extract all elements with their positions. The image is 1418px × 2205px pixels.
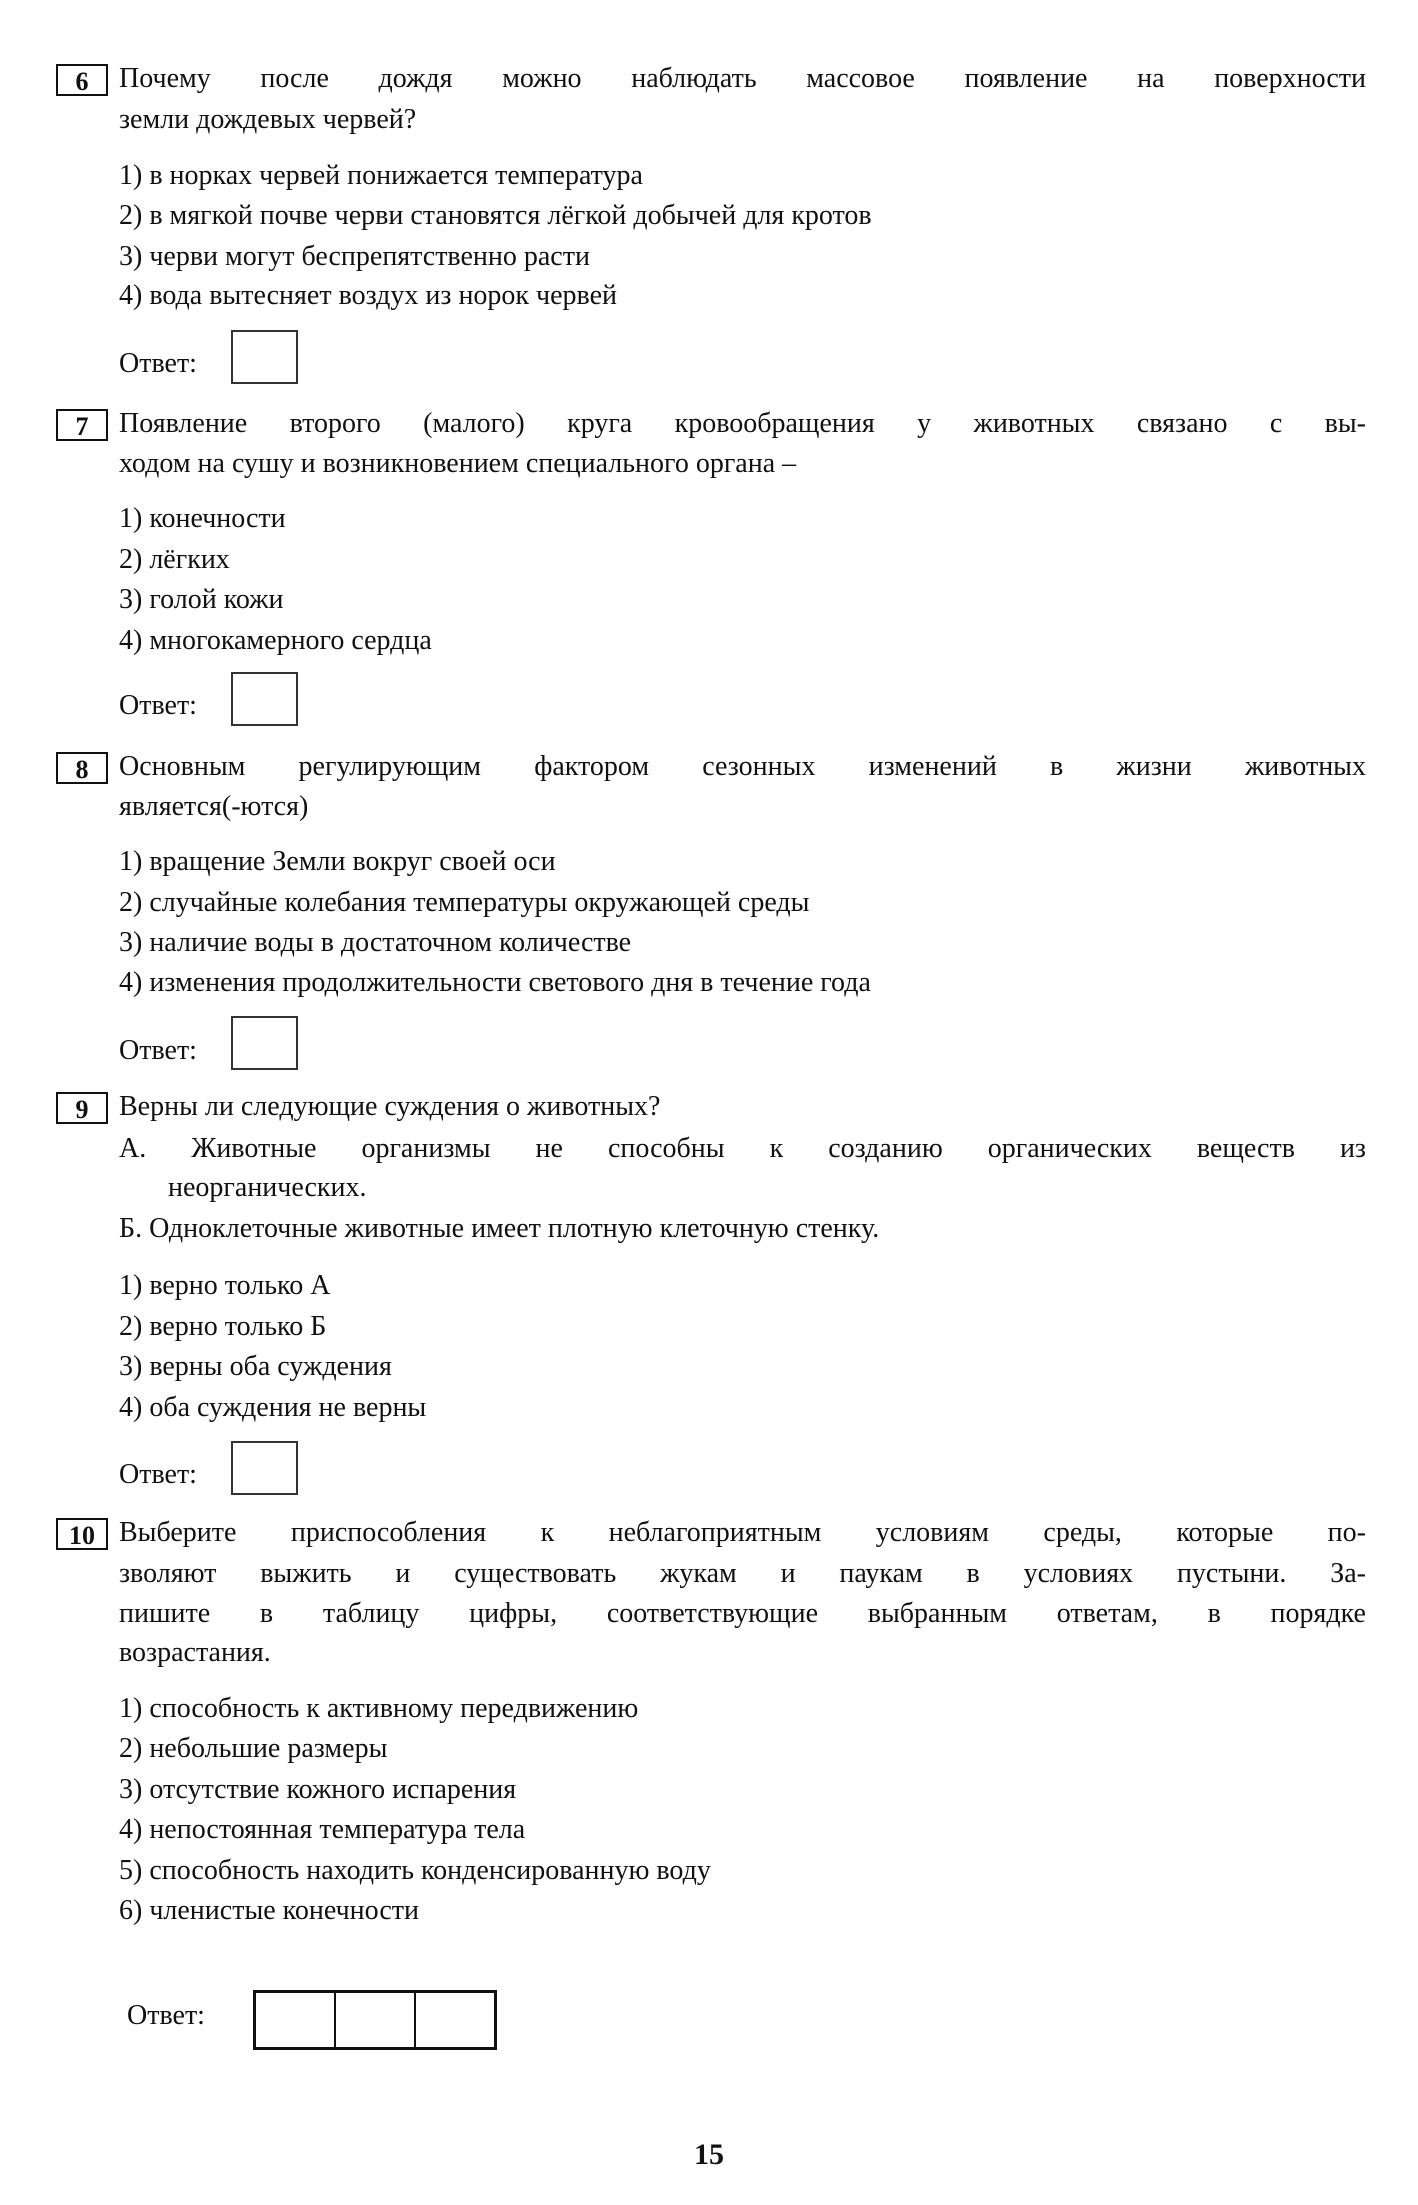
answer-box[interactable]: [231, 1441, 298, 1495]
answer-box[interactable]: [231, 330, 298, 384]
statement-b: Б. Одноклеточные животные имеет плотную …: [119, 1209, 1366, 1249]
question-number-badge: 6: [56, 64, 108, 96]
statement-a-continuation: неорганических.: [168, 1168, 1366, 1208]
answer-table: [253, 1990, 497, 2050]
question-text-line: зволяют выжить и существовать жукам и па…: [119, 1554, 1366, 1594]
option-3: 3) черви могут беспрепятственно расти: [119, 237, 1366, 277]
option-4: 4) вода вытесняет воздух из норок червей: [119, 276, 1366, 316]
option-6: 6) членистые конечности: [119, 1891, 1366, 1931]
option-1: 1) верно только А: [119, 1266, 1366, 1306]
answer-label: Ответ:: [119, 1031, 197, 1071]
answer-cell-1[interactable]: [256, 1993, 336, 2047]
question-number-badge: 8: [56, 752, 108, 784]
answer-cell-2[interactable]: [336, 1993, 416, 2047]
option-1: 1) конечности: [119, 499, 1366, 539]
question-text-line: земли дождевых червей?: [119, 100, 1366, 140]
question-text-line: пишите в таблицу цифры, соответствующие …: [119, 1594, 1366, 1634]
page-number: 15: [0, 2138, 1418, 2172]
question-text-line: Верны ли следующие суждения о животных?: [119, 1087, 1366, 1127]
answer-cell-3[interactable]: [416, 1993, 494, 2047]
option-2: 2) верно только Б: [119, 1307, 1366, 1347]
option-4: 4) оба суждения не верны: [119, 1388, 1366, 1428]
question-number-badge: 10: [56, 1518, 108, 1550]
option-5: 5) способность находить конденсированную…: [119, 1851, 1366, 1891]
option-4: 4) изменения продолжительности светового…: [119, 963, 1366, 1003]
question-text-line: возрастания.: [119, 1633, 1366, 1673]
answer-label: Ответ:: [119, 1455, 197, 1495]
answer-label: Ответ:: [119, 686, 197, 726]
option-3: 3) отсутствие кожного испарения: [119, 1770, 1366, 1810]
option-2: 2) в мягкой почве черви становятся лёгко…: [119, 196, 1366, 236]
question-text-line: ходом на сушу и возникновением специальн…: [119, 444, 1366, 484]
question-number-badge: 9: [56, 1092, 108, 1124]
option-3: 3) верны оба суждения: [119, 1347, 1366, 1387]
option-3: 3) голой кожи: [119, 580, 1366, 620]
option-4: 4) многокамерного сердца: [119, 621, 1366, 661]
question-text-line: Основным регулирующим фактором сезонных …: [119, 747, 1366, 787]
question-text-line: Почему после дождя можно наблюдать массо…: [119, 59, 1366, 99]
option-1: 1) в норках червей понижается температур…: [119, 156, 1366, 196]
answer-label: Ответ:: [127, 1996, 205, 2036]
option-4: 4) непостоянная температура тела: [119, 1810, 1366, 1850]
answer-box[interactable]: [231, 1016, 298, 1070]
option-1: 1) способность к активному передвижению: [119, 1689, 1366, 1729]
option-1: 1) вращение Земли вокруг своей оси: [119, 842, 1366, 882]
option-2: 2) случайные колебания температуры окруж…: [119, 883, 1366, 923]
question-text-line: Выберите приспособления к неблагоприятны…: [119, 1513, 1366, 1553]
question-number-badge: 7: [56, 409, 108, 441]
answer-label: Ответ:: [119, 344, 197, 384]
option-2: 2) небольшие размеры: [119, 1729, 1366, 1769]
question-text-line: Появление второго (малого) круга кровооб…: [119, 404, 1366, 444]
statement-a: А. Животные организмы не способны к созд…: [119, 1129, 1366, 1169]
option-3: 3) наличие воды в достаточном количестве: [119, 923, 1366, 963]
question-text-line: является(-ются): [119, 787, 1366, 827]
answer-box[interactable]: [231, 672, 298, 726]
option-2: 2) лёгких: [119, 540, 1366, 580]
